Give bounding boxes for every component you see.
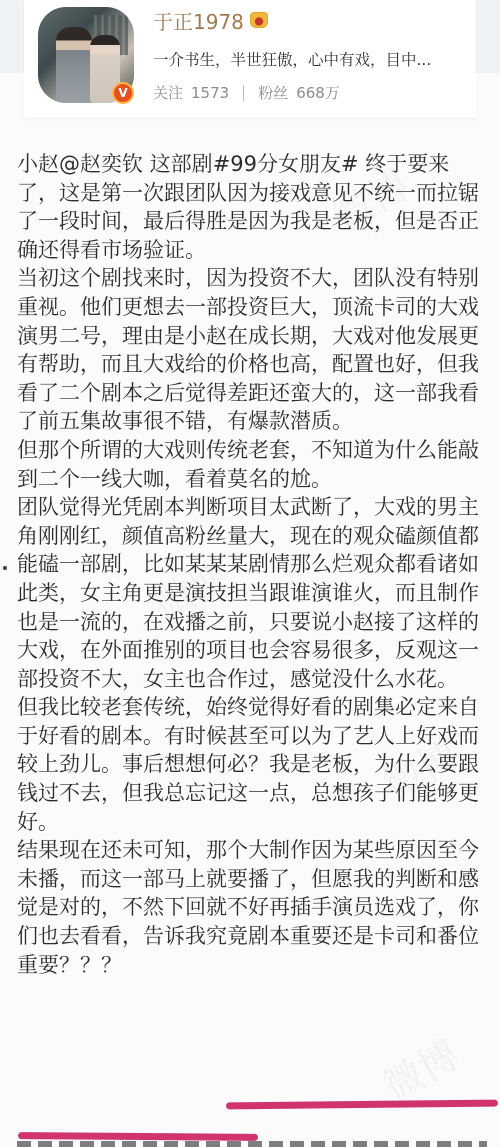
cropped-text-line (17, 1141, 487, 1147)
avatar-figure-man (56, 27, 92, 103)
crown-icon (250, 12, 268, 28)
user-name[interactable]: 于正1978 (153, 6, 244, 35)
post-text: 这部剧 (143, 152, 213, 176)
profile-card[interactable]: V 于正1978 一介书生，半世狂傲，心中有戏，目中... 关注 1573 粉丝… (24, 0, 476, 119)
post-paragraph-6: 结果现在还未可知，那个大制作因为某些原因至今未播，而这一部马上就要播了，但愿我的… (17, 836, 487, 979)
verified-v-icon: V (112, 82, 134, 104)
followers-label[interactable]: 粉丝 (258, 82, 288, 103)
highlight-underline (18, 1132, 258, 1141)
following-count[interactable]: 1573 (191, 84, 229, 102)
user-bio: 一介书生，半世狂傲，心中有戏，目中... (153, 48, 431, 70)
user-stats: 关注 1573 粉丝 668万 (153, 82, 340, 103)
post-paragraph-2: 当初这个剧找来时，因为投资不大，团队没有特别重视。他们更想去一部投资巨大，顶流卡… (17, 264, 487, 436)
post-paragraph-3: 但那个所谓的大戏则传统老套，不知道为什么能敲到二个一线大咖，看着莫名的尬。 (17, 436, 487, 493)
post-paragraph-5: 但我比较老套传统，始终觉得好看的剧集必定来自于好看的剧本。有时候甚至可以为了艺人… (17, 693, 487, 836)
post-paragraph-4: 团队觉得光凭剧本判断项目太武断了，大戏的男主角刚刚红，颜值高粉丝量大，现在的观众… (17, 493, 487, 693)
followers-count[interactable]: 668万 (296, 82, 340, 103)
weibo-post-screenshot: V 于正1978 一介书生，半世狂傲，心中有戏，目中... 关注 1573 粉丝… (0, 0, 500, 1147)
stats-divider (243, 85, 244, 101)
post-paragraph-1: 小赵@赵奕钦 这部剧#99分女朋友# 终于要来了，这是第一次跟团队因为接戏意见不… (17, 150, 487, 264)
stray-dot-mark (3, 566, 7, 570)
user-name-row: 于正1978 (153, 6, 268, 34)
mention-link[interactable]: @赵奕钦 (59, 152, 143, 176)
post-text: 小赵 (17, 152, 59, 176)
following-label[interactable]: 关注 (153, 82, 183, 103)
hashtag-link[interactable]: #99分女朋友# (213, 152, 359, 176)
post-body: 小赵@赵奕钦 这部剧#99分女朋友# 终于要来了，这是第一次跟团队因为接戏意见不… (17, 150, 487, 979)
highlight-underline (226, 1100, 498, 1110)
